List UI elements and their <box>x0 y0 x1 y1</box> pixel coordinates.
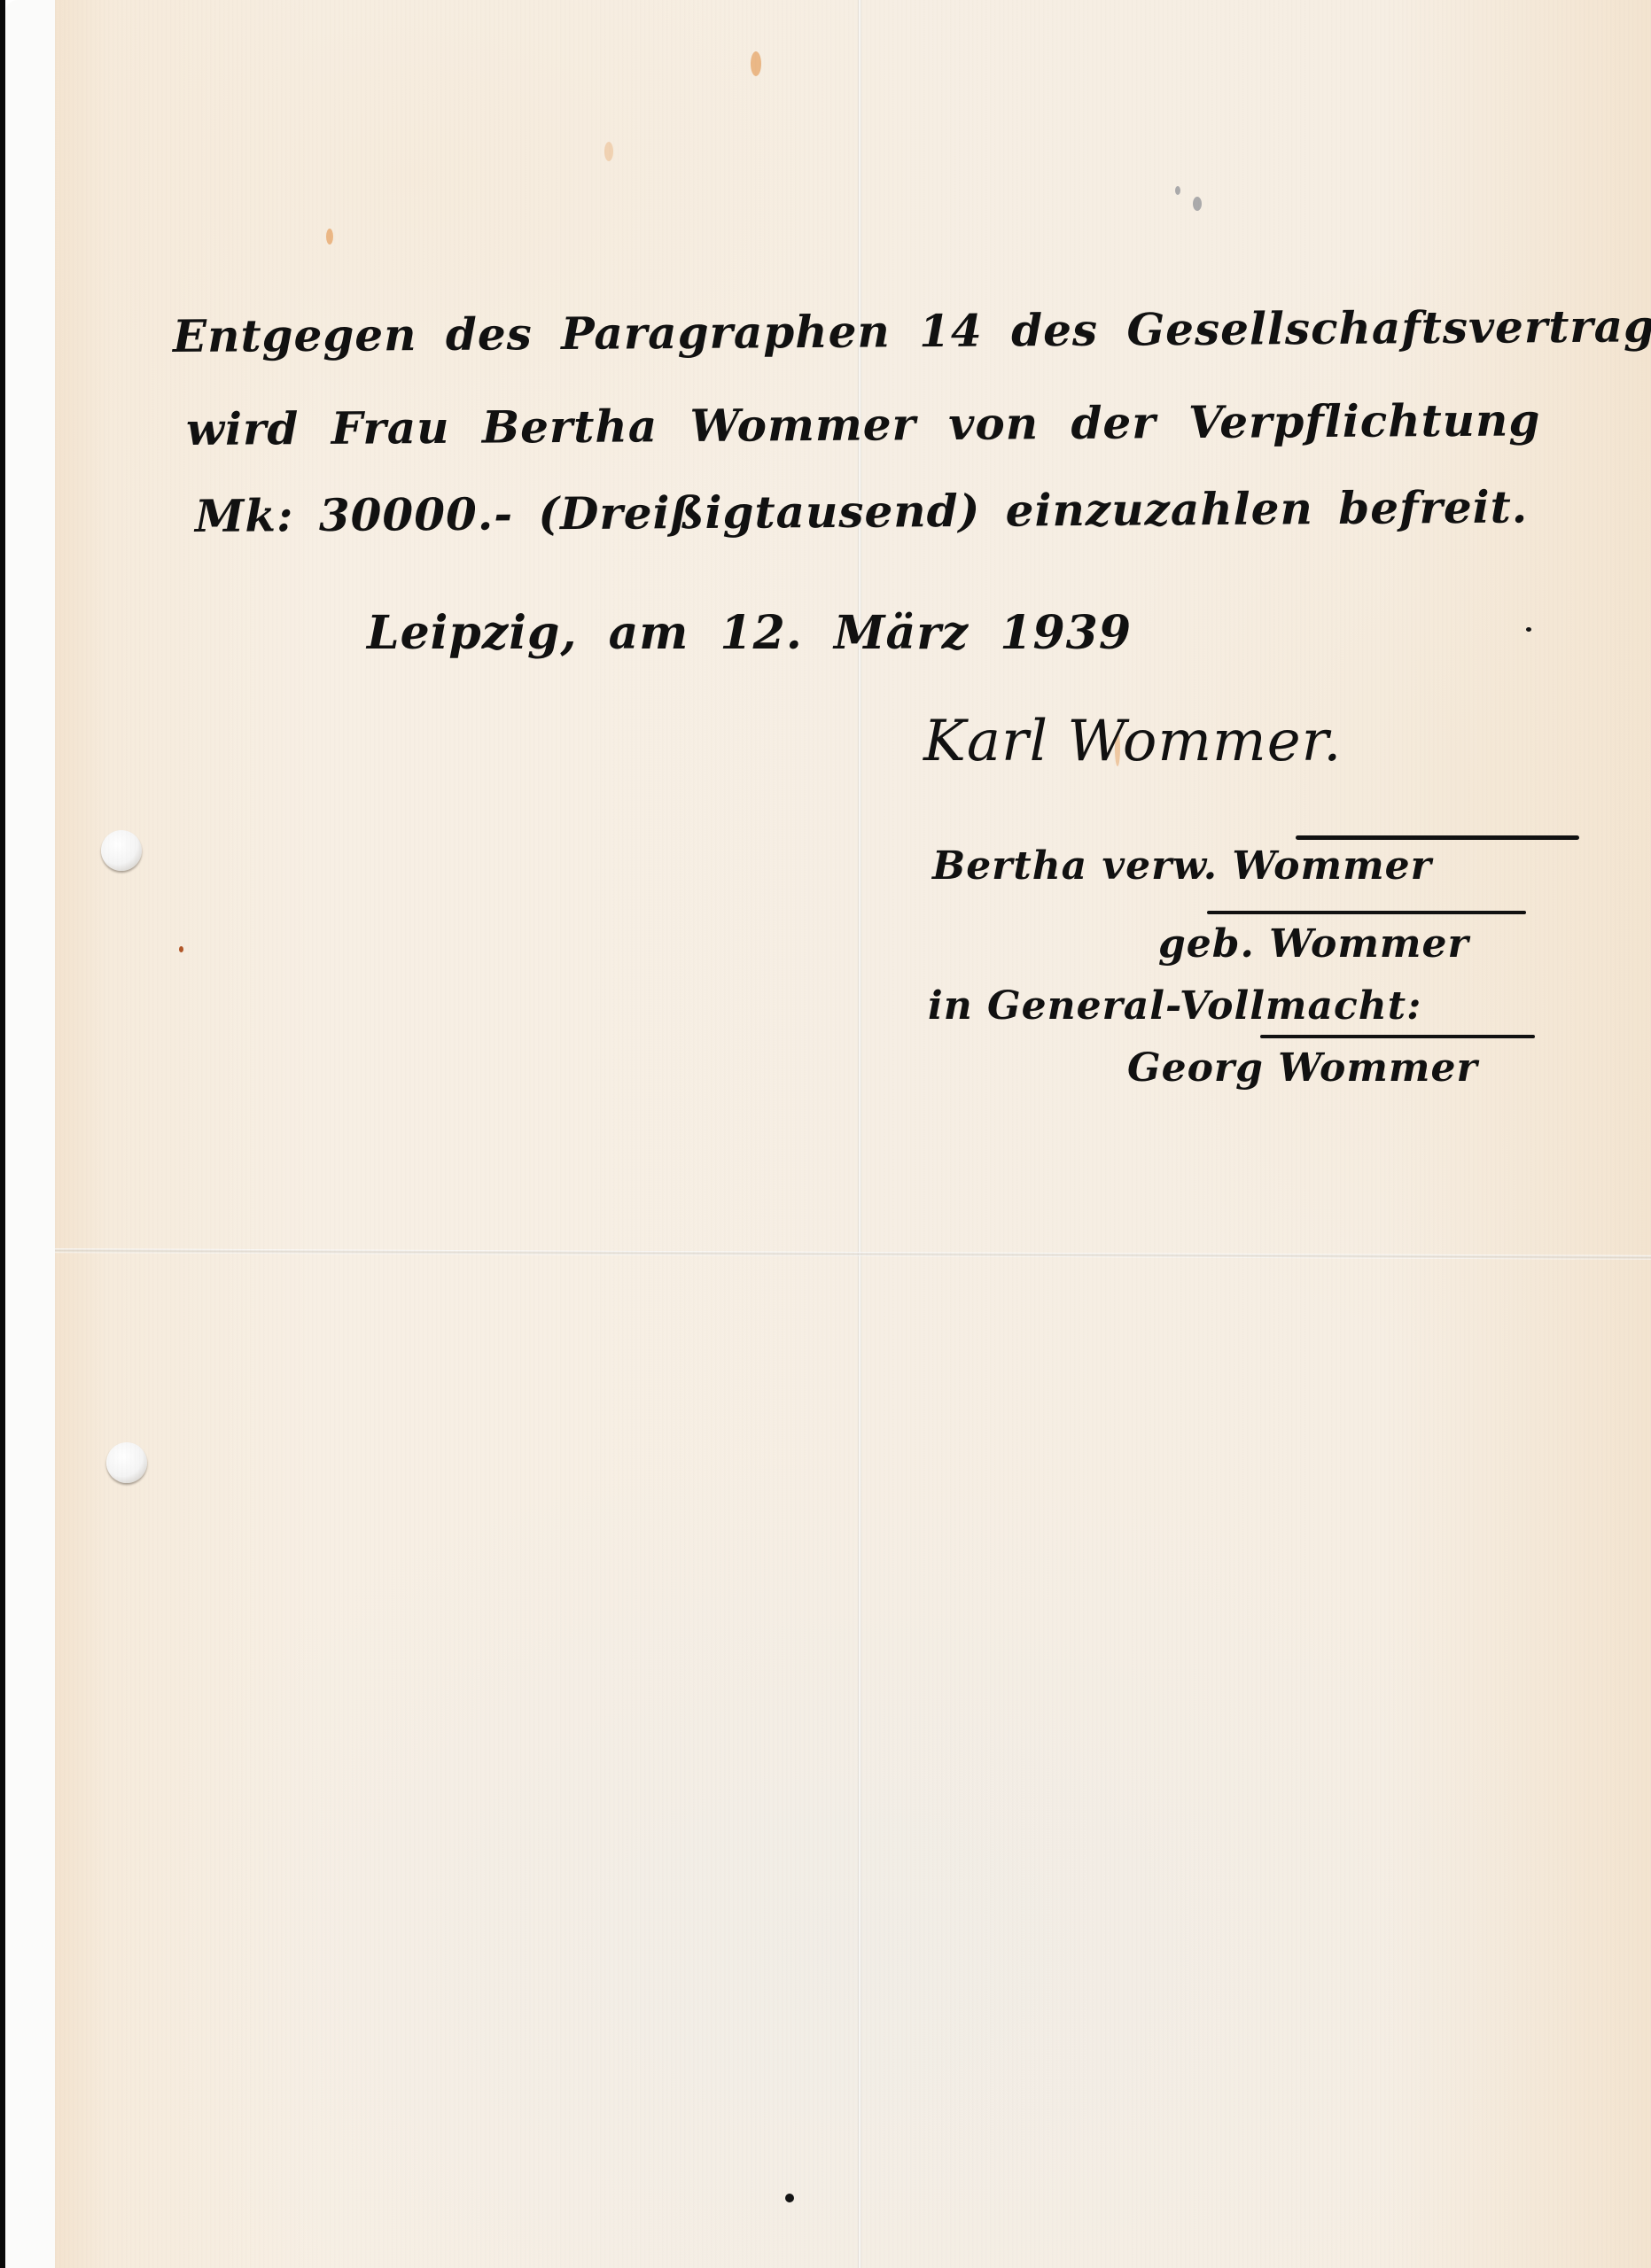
paper-sheet: Entgegen des Paragraphen 14 des Gesellsc… <box>55 0 1651 2268</box>
signature-birth-name: geb. Wommer <box>1158 921 1469 967</box>
signature-flourish <box>1207 911 1526 914</box>
horizontal-fold-line <box>55 1248 1651 1260</box>
body-line-1: Entgegen des Paragraphen 14 des Gesellsc… <box>173 299 1651 362</box>
ink-spot <box>1526 627 1531 632</box>
signature-flourish <box>1296 835 1579 840</box>
scanned-document: Entgegen des Paragraphen 14 des Gesellsc… <box>0 0 1651 2268</box>
foxing-spot <box>179 946 183 952</box>
ink-spot <box>785 2194 794 2202</box>
punch-hole-top <box>101 830 142 871</box>
foxing-spot <box>326 229 333 245</box>
foxing-spot <box>751 51 761 76</box>
stain-spot <box>1193 197 1202 211</box>
place-and-date: Leipzig, am 12. März 1939 <box>367 606 1132 660</box>
stain-spot <box>1175 186 1180 195</box>
body-line-3: Mk: 30000.- (Dreißigtausend) einzuzahlen… <box>195 480 1529 541</box>
signature-georg-wommer: Georg Wommer <box>1127 1045 1478 1091</box>
body-line-2: wird Frau Bertha Wommer von der Verpflic… <box>186 393 1541 455</box>
signature-bertha-wommer: Bertha verw. Wommer <box>932 843 1432 889</box>
power-of-attorney-label: in General-Vollmacht: <box>928 983 1421 1029</box>
foxing-spot <box>604 142 613 161</box>
signature-karl-wommer: Karl Wommer. <box>923 709 1343 774</box>
scanner-margin <box>5 0 57 2268</box>
signature-flourish <box>1260 1035 1535 1038</box>
punch-hole-bottom <box>106 1442 147 1483</box>
